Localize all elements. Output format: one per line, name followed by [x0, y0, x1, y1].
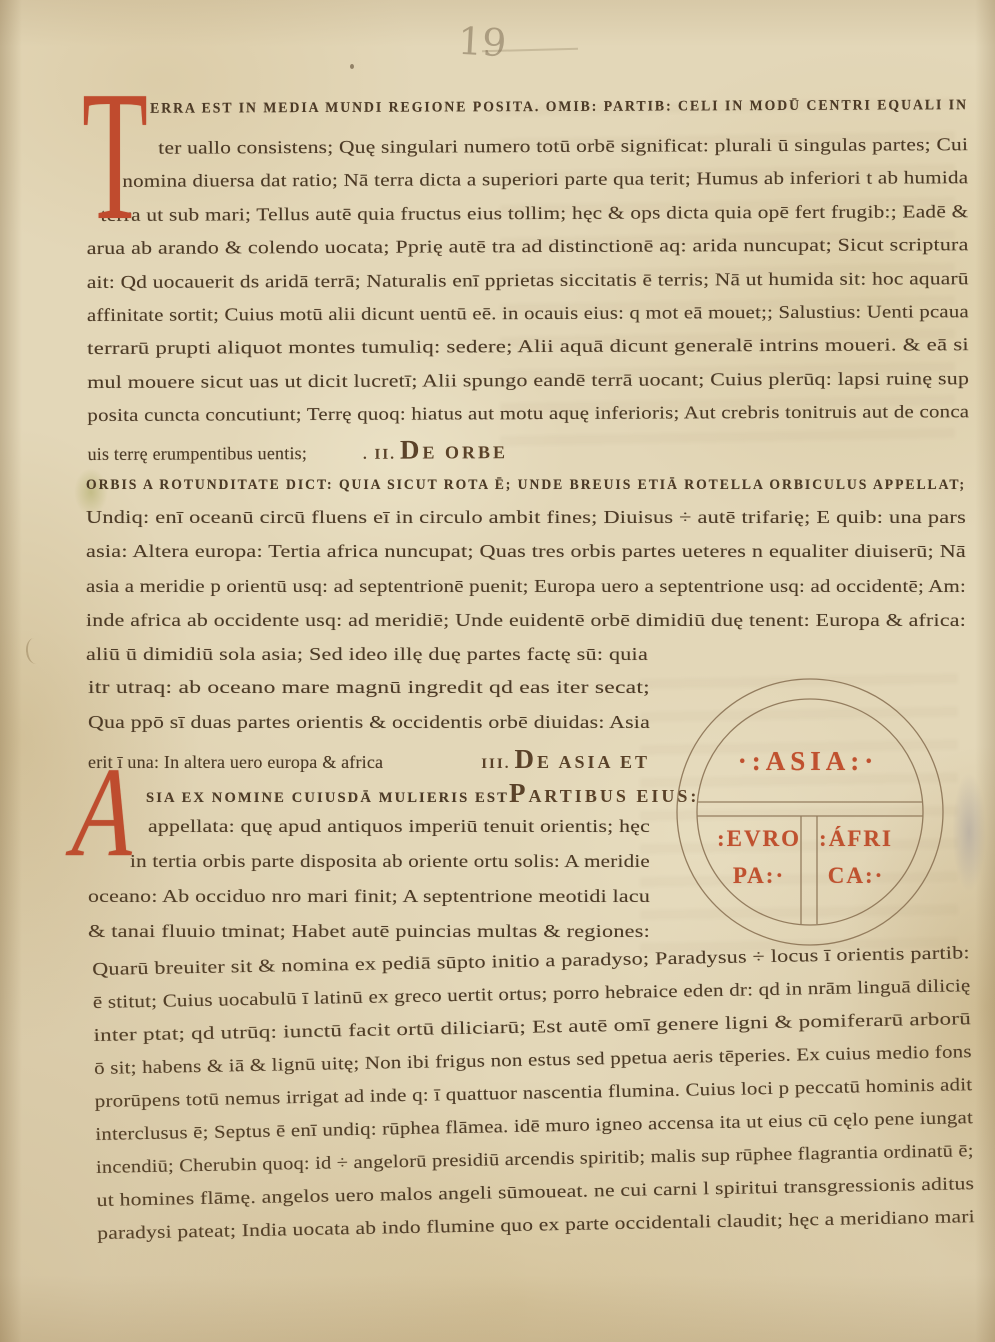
text-line: nomina diuersa dat ratio; Nā terra dicta…	[86, 165, 968, 202]
text-line: asia: Altera europa: Tertia africa nuncu…	[86, 538, 966, 572]
text-line: itr utraq: ab oceano mare magnū ingredit…	[88, 674, 650, 709]
text-line: in tertia orbis parte disposita ab orien…	[88, 848, 650, 883]
text-line: asia a meridie p orientū usq: ad septent…	[86, 573, 966, 607]
text-line: ter uallo consistens; Quę singulari nume…	[86, 131, 968, 168]
map-label-europa-line2: PA:·	[712, 857, 806, 894]
chapter-heading-de-orbe: . II. DE ORBE	[363, 445, 508, 463]
text-line: terrarū prupti aliquot montes tumuliq: s…	[87, 331, 969, 368]
map-label-africa-line1: :ÁFRI	[814, 820, 898, 857]
text-line: Undiq: enī oceanū circū fluens eī in cir…	[86, 504, 966, 538]
text-line: appellata: quę apud antiquos imperiū ten…	[88, 813, 650, 848]
chapter1-text-block: ERRA EST IN MEDIA MUNDI REGIONE POSITA. …	[86, 90, 970, 469]
text-line: erit ī una: In altera uero europa & afri…	[88, 744, 650, 779]
rubricated-initial-t: T	[82, 84, 148, 229]
map-outer-circle	[677, 679, 943, 945]
map-label-asia: ·:ASIA:·	[722, 746, 894, 777]
text-line: affinitate sortit; Cuius motū alii dicun…	[87, 298, 969, 335]
text-line: ERRA EST IN MEDIA MUNDI REGIONE POSITA. …	[86, 90, 968, 135]
text-line: uis terrę erumpentibus uentis;. II. DE O…	[87, 432, 969, 469]
parchment-page: 19 T A ERRA EST IN MEDIA MUNDI REGIONE P…	[0, 0, 995, 1342]
map-rings	[650, 660, 962, 960]
text-line: oceano: Ab occiduo nro mari finit; A sep…	[88, 883, 650, 918]
ink-speck	[350, 64, 354, 69]
t-o-map: ·:ASIA:· :EVRO PA:· :ÁFRI CA:·	[650, 660, 962, 960]
text-line: SIA EX NOMINE CUIUSDĀ MULIERIS EST PARTI…	[88, 778, 650, 813]
text-line: terra ut sub mari; Tellus autē quia fruc…	[86, 198, 968, 235]
map-label-africa-line2: CA:·	[814, 857, 898, 894]
text-line: mul mouere sicut uas ut dicit lucretī; A…	[87, 365, 969, 402]
chapter2-text-block: ORBIS A ROTUNDITATE DICT: QUIA SICUT ROT…	[86, 470, 966, 675]
text-line: ORBIS A ROTUNDITATE DICT: QUIA SICUT ROT…	[86, 470, 966, 504]
text-line: Qua ppō sī duas partes orientis & occide…	[88, 709, 650, 744]
map-label-africa: :ÁFRI CA:·	[814, 820, 898, 894]
folio-number: 19	[457, 19, 508, 65]
text-line: inde africa ab occidente usq: ad meridiē…	[86, 607, 966, 641]
bottom-text-block: Quarū breuiter sit & nomina ex pediā sūp…	[92, 939, 976, 1253]
map-label-europa: :EVRO PA:·	[712, 820, 806, 894]
margin-mark	[25, 637, 46, 665]
text-line: arua ab arando & colendo uocata; Pprię a…	[87, 231, 969, 268]
chapter-heading-de-asia: III. DE ASIA ET	[481, 744, 650, 779]
rubricated-initial-a: A	[71, 762, 137, 862]
map-label-europa-line1: :EVRO	[712, 820, 806, 857]
text-line: posita cuncta concutiunt; Terrę quoq: hi…	[87, 398, 969, 435]
text-line: ait: Qd uocauerit ds aridā terrā; Natura…	[87, 265, 969, 302]
chapter3-text-block: itr utraq: ab oceano mare magnū ingredit…	[88, 674, 650, 952]
text-line: aliū ū dimidiū sola asia; Sed ideo illę …	[86, 641, 648, 675]
